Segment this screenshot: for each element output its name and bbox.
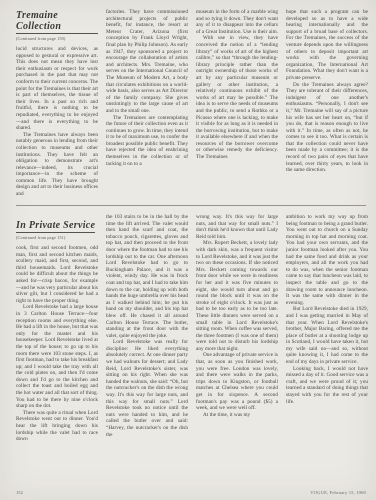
page-footer: 152 VOGUE, February 15, 1969	[16, 490, 366, 495]
column-4: ambition to work my way up from being fo…	[286, 214, 368, 470]
body-paragraph: wrong way. It's this way for large nuts,…	[196, 214, 278, 240]
body-paragraph: cook, first and second footmen, odd man,…	[16, 245, 98, 304]
page-number: 152	[16, 490, 23, 495]
private-service-article-band: In Private Service (Continued from page …	[16, 214, 368, 470]
body-paragraph: Lord Revelstoke was really for disciplin…	[106, 339, 188, 438]
body-paragraph: museum in the form of a marble wing and …	[196, 9, 278, 35]
body-paragraph: There was quite a ritual when Lord Revel…	[16, 410, 98, 443]
tremaine-continued-note: (Continued from page 150)	[16, 36, 98, 41]
column-2: the 103 stairs to be in the hall by the …	[106, 214, 188, 470]
body-paragraph: Looking back, I would not have missed a …	[286, 366, 368, 406]
column-1: In Private Service (Continued from page …	[16, 214, 98, 470]
body-paragraph: At the time, it was my	[196, 412, 278, 419]
body-paragraph: Do the Tremaines always agree? They are …	[286, 82, 368, 174]
body-paragraph: One advantage of private service is that…	[196, 352, 278, 411]
column-1: Tremaine Collection (Continued from page…	[16, 9, 98, 199]
body-paragraph: The Tremaines have always been notably g…	[16, 132, 98, 198]
column-3: museum in the form of a marble wing and …	[196, 9, 278, 199]
body-paragraph: lucid structures and devices, as opposed…	[16, 46, 98, 132]
column-3: wrong way. It's this way for large nuts,…	[196, 214, 278, 470]
body-paragraph: With use in view, they have conceived th…	[196, 35, 278, 160]
body-paragraph: factories. They have commissioned archit…	[106, 9, 188, 115]
body-paragraph: Lord Revelstoke had a large house in 3 C…	[16, 304, 98, 410]
body-paragraph: the 103 stairs to be in the hall by the …	[106, 214, 188, 339]
service-continued-note: (Continued from page 151)	[16, 235, 98, 240]
column-2: factories. They have commissioned archit…	[106, 9, 188, 199]
service-article-header: In Private Service (Continued from page …	[16, 215, 98, 240]
magazine-page: Tremaine Collection (Continued from page…	[0, 0, 376, 500]
body-paragraph: Mrs. Rupert Beckett, a lovely lady with …	[196, 240, 278, 352]
tremaine-article-header: Tremaine Collection (Continued from page…	[16, 10, 98, 41]
article-divider-rule	[16, 205, 366, 206]
tremaine-article-band: Tremaine Collection (Continued from page…	[16, 9, 368, 199]
service-article-title: In Private Service	[16, 220, 95, 233]
tremaine-article-title: Tremaine Collection	[16, 10, 98, 34]
body-paragraph: But Lord Revelstoke died in 1929, and I …	[286, 306, 368, 365]
body-paragraph: hope that such a program can be develope…	[286, 9, 368, 82]
column-4: hope that such a program can be develope…	[286, 9, 368, 199]
body-paragraph: The Tremaines are contemplating the futu…	[106, 115, 188, 168]
magazine-credit: VOGUE, February 15, 1969	[310, 490, 366, 495]
body-paragraph: ambition to work my way up from being fo…	[286, 214, 368, 306]
